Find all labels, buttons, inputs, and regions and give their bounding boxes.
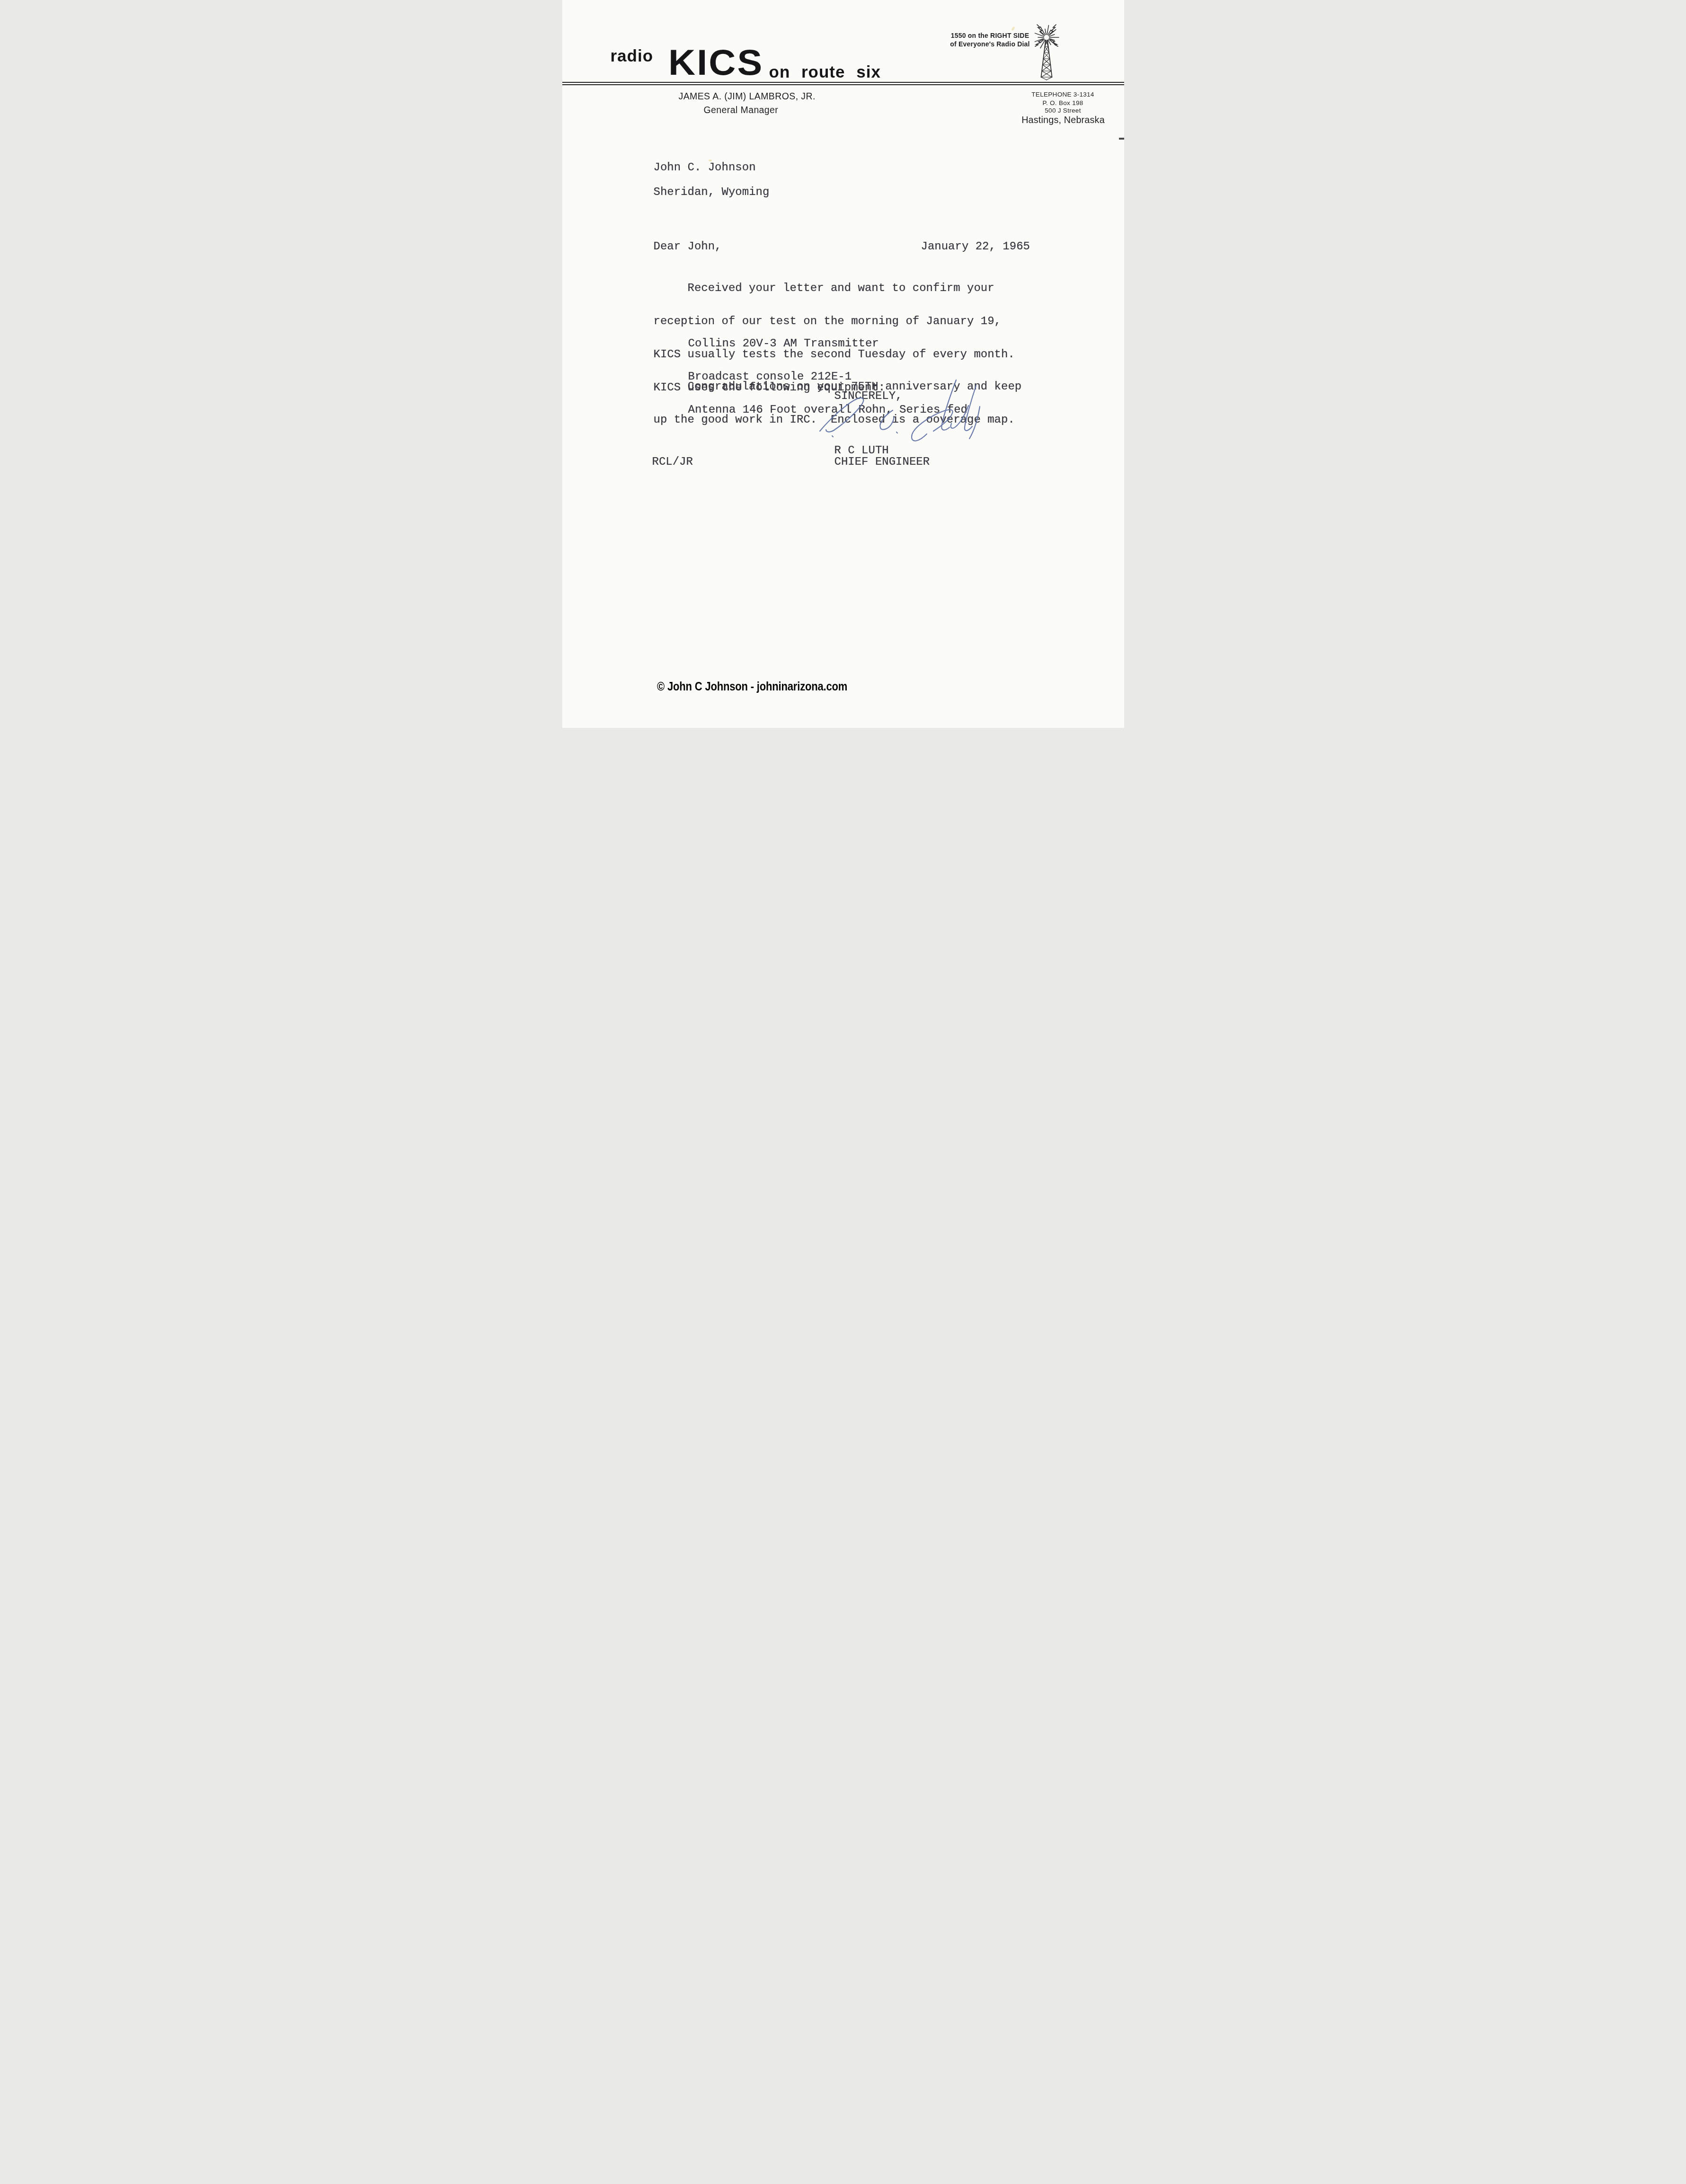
brand-prefix: radio	[611, 48, 654, 64]
manager-title: General Manager	[704, 105, 779, 116]
recipient-location: Sheridan, Wyoming	[654, 187, 770, 198]
signer-title: CHIEF ENGINEER	[834, 457, 930, 468]
slogan-line-1: 1550 on the RIGHT SIDE	[944, 31, 1037, 40]
signer-name: R C LUTH	[834, 445, 889, 456]
slogan-line-2: of Everyone's Radio Dial	[944, 40, 1037, 48]
recipient-name: John C. Johnson	[654, 162, 756, 173]
manager-name: JAMES A. (JIM) LAMBROS, JR.	[679, 91, 816, 102]
scan-artifact	[1119, 138, 1124, 140]
body-line: Received your letter and want to confirm…	[654, 283, 1015, 294]
brand-suffix: on route six	[769, 64, 881, 80]
city-state: Hastings, Nebraska	[1017, 115, 1109, 126]
signature-handwriting	[813, 376, 1000, 447]
station-logo: KICS	[668, 45, 763, 81]
paper-speck	[1011, 26, 1015, 31]
station-slogan: 1550 on the RIGHT SIDE of Everyone's Rad…	[944, 31, 1037, 48]
street-address: 500 J Street	[1014, 107, 1112, 114]
letter-page: radio KICS on route six 1550 on the RIGH…	[562, 0, 1124, 728]
salutation: Dear John,	[654, 241, 722, 252]
equipment-item: Collins 20V-3 AM Transmitter	[688, 338, 968, 349]
letter-date: January 22, 1965	[921, 241, 1030, 252]
paper-speck	[709, 159, 712, 161]
letterhead-rule-bottom	[562, 84, 1124, 85]
radio-tower-icon	[1024, 24, 1069, 81]
reference-initials: RCL/JR	[652, 457, 693, 468]
telephone: TELEPHONE 3-1314	[1014, 91, 1112, 98]
letterhead-rule-top	[562, 82, 1124, 83]
copyright-credit: © John C Johnson - johninarizona.com	[657, 680, 847, 694]
po-box: P. O. Box 198	[1014, 99, 1112, 106]
